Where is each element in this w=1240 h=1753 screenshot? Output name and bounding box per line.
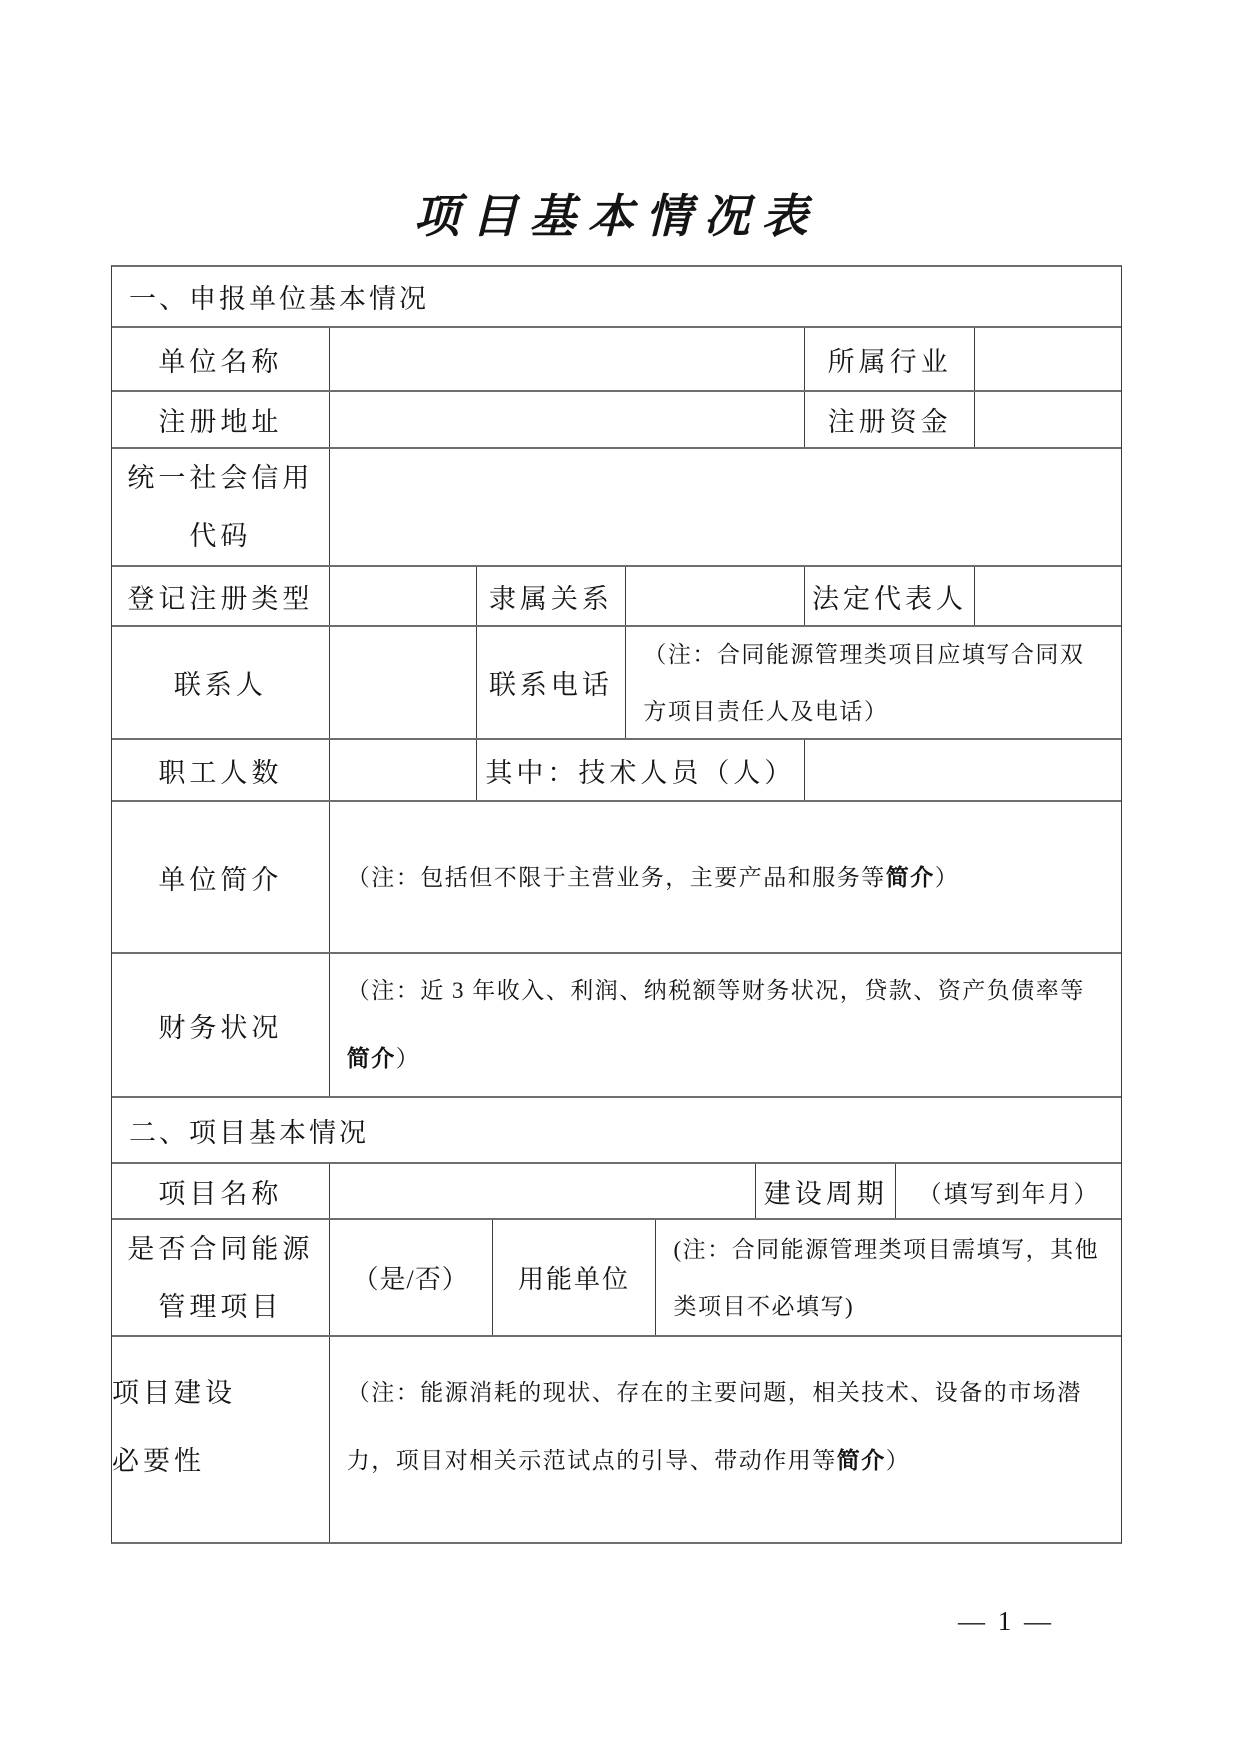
section2-header: 二、项目基本情况 <box>112 1098 1121 1162</box>
tech-staff-input-cell[interactable] <box>805 740 1121 800</box>
staff-count-input-cell[interactable] <box>330 740 477 800</box>
unit-intro-note-bold: 简介 <box>886 865 935 890</box>
finance-row: 财务状况 （注：近 3 年收入、利润、纳税额等财务状况，贷款、资产负债率等简介） <box>112 954 1121 1098</box>
contact-note: （注：合同能源管理类项目应填写合同双方项目责任人及电话） <box>643 626 1105 740</box>
unit-intro-note-suffix: ） <box>935 865 960 890</box>
section1-header-row: 一、申报单位基本情况 <box>112 267 1121 328</box>
necessity-input-cell[interactable]: （注：能源消耗的现状、存在的主要问题，相关技术、设备的市场潜力，项目对相关示范试… <box>330 1337 1121 1542</box>
finance-input-cell[interactable]: （注：近 3 年收入、利润、纳税额等财务状况，贷款、资产负债率等简介） <box>330 954 1121 1096</box>
legal-rep-label: 法定代表人 <box>805 567 975 625</box>
necessity-label: 项目建设 必要性 <box>112 1337 330 1542</box>
credit-code-label: 统一社会信用 代码 <box>112 449 330 565</box>
reg-address-row: 注册地址 注册资金 <box>112 392 1121 449</box>
reg-address-input-cell[interactable] <box>330 392 806 447</box>
necessity-note-bold: 简介 <box>837 1448 886 1473</box>
project-name-input-cell[interactable] <box>330 1164 757 1218</box>
credit-code-input-cell[interactable] <box>330 449 1121 565</box>
emc-label-line1: 是否合同能源 <box>127 1220 313 1278</box>
necessity-note-suffix: ） <box>886 1448 911 1473</box>
form-table: 一、申报单位基本情况 单位名称 所属行业 注册地址 注册资金 统一社会信用 代码 <box>111 265 1122 1544</box>
affiliation-input-cell[interactable] <box>626 567 805 625</box>
contact-row: 联系人 联系电话 （注：合同能源管理类项目应填写合同双方项目责任人及电话） <box>112 627 1121 740</box>
contact-label: 联系人 <box>112 627 330 738</box>
credit-code-row: 统一社会信用 代码 <box>112 449 1121 567</box>
industry-label: 所属行业 <box>805 328 975 390</box>
emc-note: (注：合同能源管理类项目需填写，其他类项目不必填写) <box>673 1221 1105 1335</box>
finance-note: （注：近 3 年收入、利润、纳税额等财务状况，贷款、资产负债率等简介） <box>347 957 1105 1093</box>
unit-intro-note: （注：包括但不限于主营业务，主要产品和服务等简介） <box>347 849 960 906</box>
contact-input-cell[interactable] <box>330 627 477 738</box>
necessity-note: （注：能源消耗的现状、存在的主要问题，相关技术、设备的市场潜力，项目对相关示范试… <box>347 1359 1105 1495</box>
reg-capital-input-cell[interactable] <box>975 392 1121 447</box>
staff-row: 职工人数 其中：技术人员（人） <box>112 740 1121 802</box>
emc-label: 是否合同能源 管理项目 <box>112 1220 330 1335</box>
industry-input-cell[interactable] <box>975 328 1121 390</box>
finance-label: 财务状况 <box>112 954 330 1096</box>
section2-header-row: 二、项目基本情况 <box>112 1098 1121 1164</box>
unit-name-row: 单位名称 所属行业 <box>112 328 1121 392</box>
emc-note-input-cell[interactable]: (注：合同能源管理类项目需填写，其他类项目不必填写) <box>656 1220 1121 1335</box>
build-period-input-cell[interactable]: （填写到年月） <box>896 1164 1121 1218</box>
unit-name-label: 单位名称 <box>112 328 330 390</box>
finance-note-prefix: （注：近 3 年收入、利润、纳税额等财务状况，贷款、资产负债率等 <box>347 978 1085 1003</box>
unit-intro-note-prefix: （注：包括但不限于主营业务，主要产品和服务等 <box>347 865 886 890</box>
credit-code-label-line1: 统一社会信用 <box>127 449 313 507</box>
necessity-label-line1: 项目建设 <box>112 1359 236 1427</box>
unit-name-input-cell[interactable] <box>330 328 806 390</box>
necessity-note-prefix: （注：能源消耗的现状、存在的主要问题，相关技术、设备的市场潜力，项目对相关示范试… <box>347 1380 1082 1473</box>
build-period-hint: （填写到年月） <box>918 1174 1100 1209</box>
unit-intro-row: 单位简介 （注：包括但不限于主营业务，主要产品和服务等简介） <box>112 802 1121 954</box>
reg-capital-label: 注册资金 <box>805 392 975 447</box>
emc-yesno-input-cell[interactable]: （是/否） <box>330 1220 493 1335</box>
staff-label: 职工人数 <box>112 740 330 800</box>
page-title: 项目基本情况表 <box>111 180 1122 246</box>
emc-label-line2: 管理项目 <box>158 1278 282 1336</box>
tech-staff-label: 其中：技术人员（人） <box>477 740 806 800</box>
legal-rep-input-cell[interactable] <box>975 567 1121 625</box>
contact-phone-label: 联系电话 <box>477 627 627 738</box>
reg-type-label: 登记注册类型 <box>112 567 330 625</box>
contact-phone-input-cell[interactable]: （注：合同能源管理类项目应填写合同双方项目责任人及电话） <box>626 627 1121 738</box>
energy-user-label: 用能单位 <box>493 1220 657 1335</box>
finance-note-bold: 简介 <box>347 1046 396 1071</box>
page-number: — 1 — <box>958 1606 1054 1637</box>
project-name-label: 项目名称 <box>112 1164 330 1218</box>
emc-row: 是否合同能源 管理项目 （是/否） 用能单位 (注：合同能源管理类项目需填写，其… <box>112 1220 1121 1337</box>
reg-type-row: 登记注册类型 隶属关系 法定代表人 <box>112 567 1121 627</box>
project-name-row: 项目名称 建设周期 （填写到年月） <box>112 1164 1121 1220</box>
unit-intro-label: 单位简介 <box>112 802 330 952</box>
finance-note-suffix: ） <box>396 1046 421 1071</box>
emc-yesno-hint: （是/否） <box>353 1259 469 1296</box>
build-period-label: 建设周期 <box>756 1164 896 1218</box>
credit-code-label-line2: 代码 <box>189 507 251 565</box>
necessity-row: 项目建设 必要性 （注：能源消耗的现状、存在的主要问题，相关技术、设备的市场潜力… <box>112 1337 1121 1542</box>
affiliation-label: 隶属关系 <box>477 567 627 625</box>
unit-intro-input-cell[interactable]: （注：包括但不限于主营业务，主要产品和服务等简介） <box>330 802 1121 952</box>
necessity-label-line2: 必要性 <box>112 1427 205 1495</box>
reg-address-label: 注册地址 <box>112 392 330 447</box>
document-page: 项目基本情况表 一、申报单位基本情况 单位名称 所属行业 注册地址 注册资金 统… <box>0 0 1240 1753</box>
section1-header: 一、申报单位基本情况 <box>112 267 1121 326</box>
reg-type-input-cell[interactable] <box>330 567 477 625</box>
